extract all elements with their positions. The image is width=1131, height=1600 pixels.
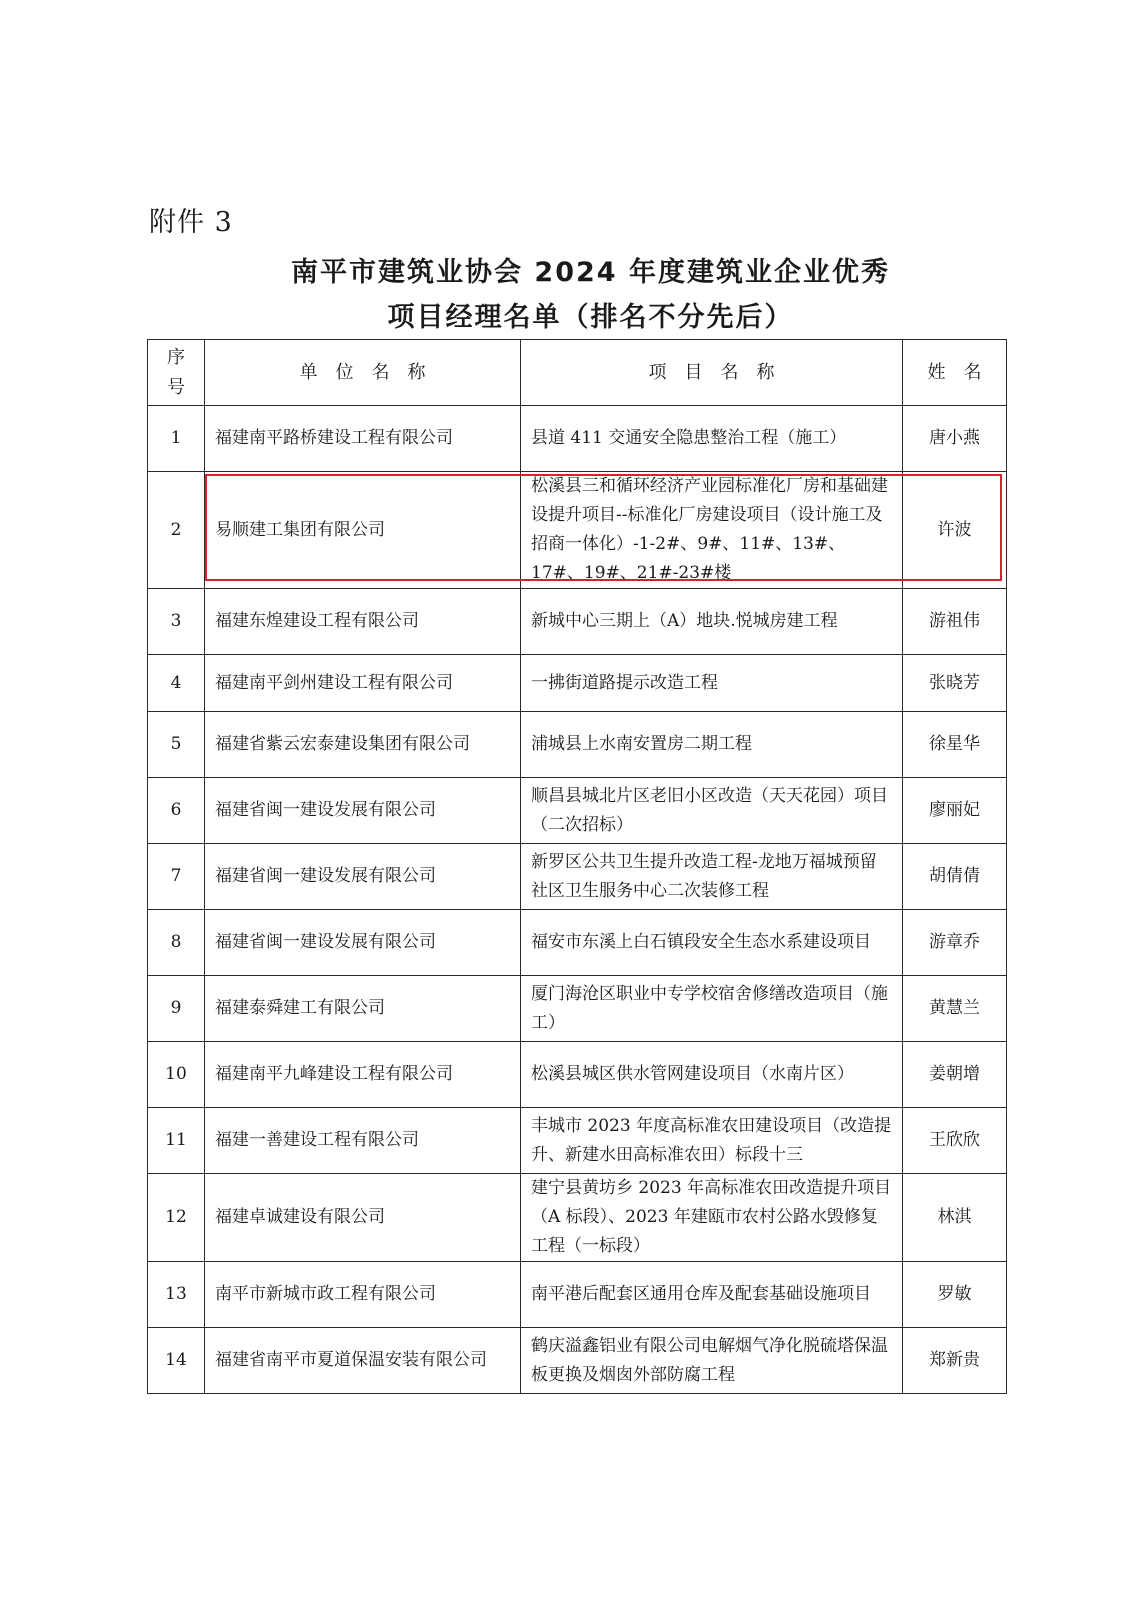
cell-project: 厦门海沧区职业中专学校宿舍修缮改造项目（施工） xyxy=(521,976,903,1042)
table-header-row: 序 号 单 位 名 称 项 目 名 称 姓 名 xyxy=(148,340,1007,406)
cell-no: 12 xyxy=(148,1174,205,1262)
cell-unit: 福建南平剑州建设工程有限公司 xyxy=(205,655,521,712)
cell-project: 顺昌县城北片区老旧小区改造（天天花园）项目（二次招标） xyxy=(521,778,903,844)
cell-name: 王欣欣 xyxy=(903,1108,1007,1174)
table-row: 14 福建省南平市夏道保温安装有限公司 鹤庆溢鑫铝业有限公司电解烟气净化脱硫塔保… xyxy=(148,1328,1007,1394)
cell-unit: 易顺建工集团有限公司 xyxy=(205,472,521,589)
cell-unit: 福建省紫云宏泰建设集团有限公司 xyxy=(205,712,521,778)
cell-project: 一拂街道路提示改造工程 xyxy=(521,655,903,712)
cell-no: 11 xyxy=(148,1108,205,1174)
table-row: 5 福建省紫云宏泰建设集团有限公司 浦城县上水南安置房二期工程 徐星华 xyxy=(148,712,1007,778)
cell-no: 4 xyxy=(148,655,205,712)
cell-no: 1 xyxy=(148,406,205,472)
cell-no: 6 xyxy=(148,778,205,844)
cell-unit: 福建南平路桥建设工程有限公司 xyxy=(205,406,521,472)
header-seq-line-2: 号 xyxy=(148,373,204,403)
cell-project: 县道 411 交通安全隐患整治工程（施工） xyxy=(521,406,903,472)
table-row: 10 福建南平九峰建设工程有限公司 松溪县城区供水管网建设项目（水南片区） 姜朝… xyxy=(148,1042,1007,1108)
header-name: 姓 名 xyxy=(903,340,1007,406)
cell-name: 游祖伟 xyxy=(903,589,1007,655)
cell-project: 松溪县城区供水管网建设项目（水南片区） xyxy=(521,1042,903,1108)
cell-name: 徐星华 xyxy=(903,712,1007,778)
cell-unit: 福建省闽一建设发展有限公司 xyxy=(205,778,521,844)
header-project: 项 目 名 称 xyxy=(521,340,903,406)
cell-project: 松溪县三和循环经济产业园标准化厂房和基础建设提升项目--标准化厂房建设项目（设计… xyxy=(521,472,903,589)
cell-no: 2 xyxy=(148,472,205,589)
cell-unit: 福建泰舜建工有限公司 xyxy=(205,976,521,1042)
cell-no: 7 xyxy=(148,844,205,910)
cell-name: 黄慧兰 xyxy=(903,976,1007,1042)
cell-name: 姜朝增 xyxy=(903,1042,1007,1108)
cell-project: 南平港后配套区通用仓库及配套基础设施项目 xyxy=(521,1262,903,1328)
table-row: 8 福建省闽一建设发展有限公司 福安市东溪上白石镇段安全生态水系建设项目 游章乔 xyxy=(148,910,1007,976)
table-row: 13 南平市新城市政工程有限公司 南平港后配套区通用仓库及配套基础设施项目 罗敏 xyxy=(148,1262,1007,1328)
cell-no: 5 xyxy=(148,712,205,778)
cell-unit: 福建省闽一建设发展有限公司 xyxy=(205,844,521,910)
cell-unit: 福建一善建设工程有限公司 xyxy=(205,1108,521,1174)
attachment-label: 附件 3 xyxy=(149,200,233,239)
cell-name: 林淇 xyxy=(903,1174,1007,1262)
cell-unit: 福建省南平市夏道保温安装有限公司 xyxy=(205,1328,521,1394)
cell-name: 廖丽妃 xyxy=(903,778,1007,844)
table-row: 12 福建卓诚建设有限公司 建宁县黄坊乡 2023 年高标准农田改造提升项目（A… xyxy=(148,1174,1007,1262)
cell-project: 丰城市 2023 年度高标准农田建设项目（改造提升、新建水田高标准农田）标段十三 xyxy=(521,1108,903,1174)
cell-no: 9 xyxy=(148,976,205,1042)
table-row: 9 福建泰舜建工有限公司 厦门海沧区职业中专学校宿舍修缮改造项目（施工） 黄慧兰 xyxy=(148,976,1007,1042)
cell-no: 13 xyxy=(148,1262,205,1328)
header-seq-line-1: 序 xyxy=(148,343,204,373)
table-row-highlighted: 2 易顺建工集团有限公司 松溪县三和循环经济产业园标准化厂房和基础建设提升项目-… xyxy=(148,472,1007,589)
table-row: 4 福建南平剑州建设工程有限公司 一拂街道路提示改造工程 张晓芳 xyxy=(148,655,1007,712)
cell-project: 福安市东溪上白石镇段安全生态水系建设项目 xyxy=(521,910,903,976)
table-row: 7 福建省闽一建设发展有限公司 新罗区公共卫生提升改造工程-龙地万福城预留社区卫… xyxy=(148,844,1007,910)
cell-name: 郑新贵 xyxy=(903,1328,1007,1394)
cell-name: 胡倩倩 xyxy=(903,844,1007,910)
cell-unit: 福建省闽一建设发展有限公司 xyxy=(205,910,521,976)
cell-project: 鹤庆溢鑫铝业有限公司电解烟气净化脱硫塔保温板更换及烟囱外部防腐工程 xyxy=(521,1328,903,1394)
cell-project: 新城中心三期上（A）地块.悦城房建工程 xyxy=(521,589,903,655)
table-row: 11 福建一善建设工程有限公司 丰城市 2023 年度高标准农田建设项目（改造提… xyxy=(148,1108,1007,1174)
page-title-line-1: 南平市建筑业协会 2024 年度建筑业企业优秀 xyxy=(25,250,1131,289)
cell-name: 罗敏 xyxy=(903,1262,1007,1328)
cell-no: 14 xyxy=(148,1328,205,1394)
cell-project: 新罗区公共卫生提升改造工程-龙地万福城预留社区卫生服务中心二次装修工程 xyxy=(521,844,903,910)
cell-no: 3 xyxy=(148,589,205,655)
cell-unit: 南平市新城市政工程有限公司 xyxy=(205,1262,521,1328)
cell-unit: 福建卓诚建设有限公司 xyxy=(205,1174,521,1262)
cell-name: 唐小燕 xyxy=(903,406,1007,472)
project-manager-table: 序 号 单 位 名 称 项 目 名 称 姓 名 1 福建南平路桥建设工程有限公司… xyxy=(147,339,1007,1394)
page-title-line-2: 项目经理名单（排名不分先后） xyxy=(25,295,1131,334)
table-row: 1 福建南平路桥建设工程有限公司 县道 411 交通安全隐患整治工程（施工） 唐… xyxy=(148,406,1007,472)
cell-project: 建宁县黄坊乡 2023 年高标准农田改造提升项目（A 标段）、2023 年建瓯市… xyxy=(521,1174,903,1262)
cell-project: 浦城县上水南安置房二期工程 xyxy=(521,712,903,778)
header-seq: 序 号 xyxy=(148,340,205,406)
cell-name: 许波 xyxy=(903,472,1007,589)
table-row: 3 福建东煌建设工程有限公司 新城中心三期上（A）地块.悦城房建工程 游祖伟 xyxy=(148,589,1007,655)
cell-name: 游章乔 xyxy=(903,910,1007,976)
table-row: 6 福建省闽一建设发展有限公司 顺昌县城北片区老旧小区改造（天天花园）项目（二次… xyxy=(148,778,1007,844)
cell-no: 10 xyxy=(148,1042,205,1108)
cell-no: 8 xyxy=(148,910,205,976)
header-unit: 单 位 名 称 xyxy=(205,340,521,406)
cell-unit: 福建东煌建设工程有限公司 xyxy=(205,589,521,655)
cell-name: 张晓芳 xyxy=(903,655,1007,712)
cell-unit: 福建南平九峰建设工程有限公司 xyxy=(205,1042,521,1108)
